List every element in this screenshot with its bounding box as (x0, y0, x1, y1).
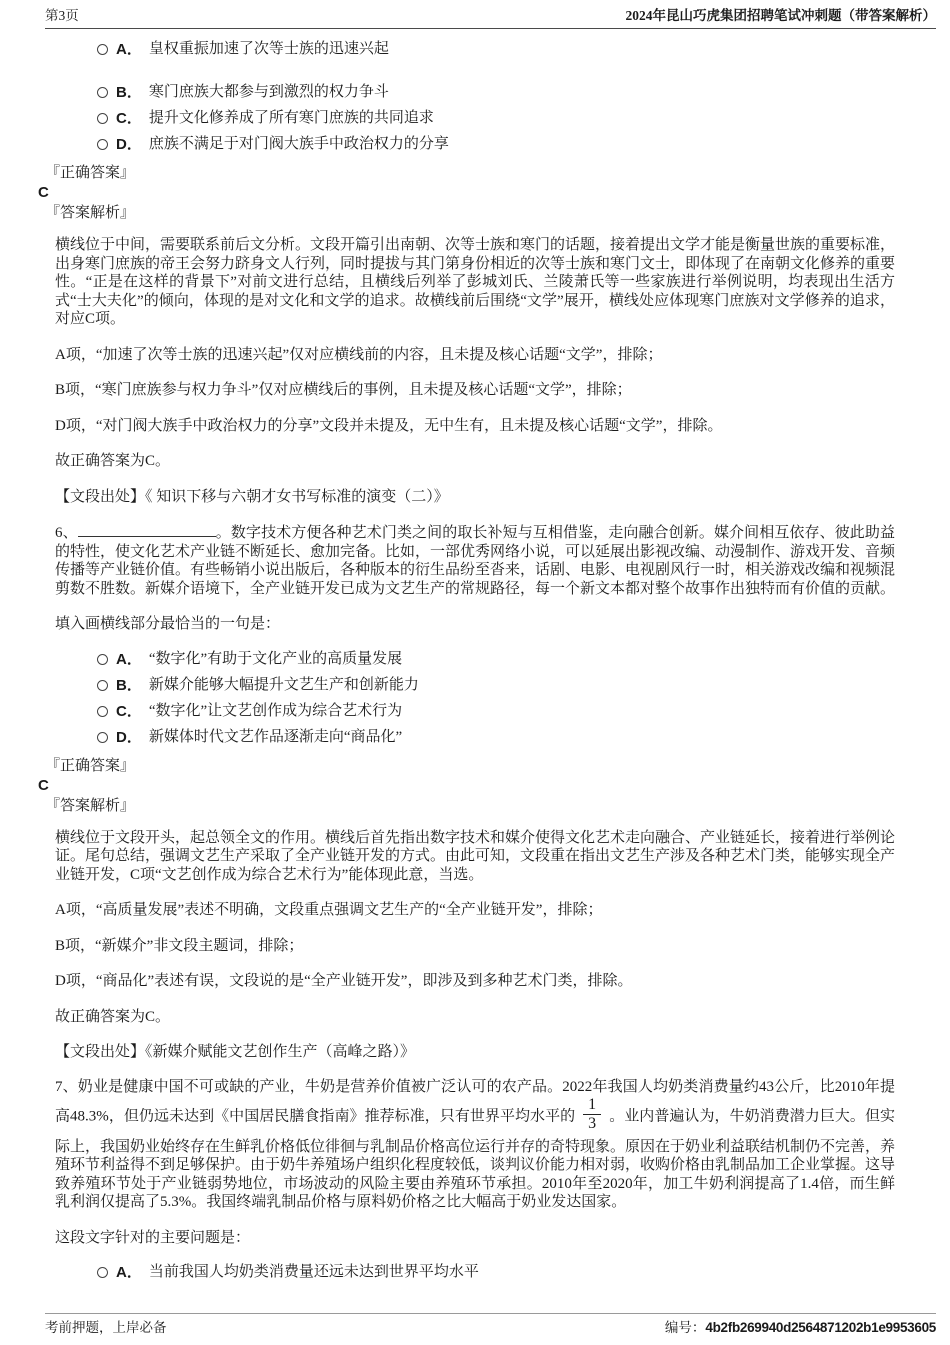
q7-prompt: 这段文字针对的主要问题是： (55, 1229, 895, 1248)
q6-correct-answer: C (38, 777, 895, 795)
option-text: 新媒介能够大幅提升文艺生产和创新能力 (149, 676, 419, 695)
q5-option-a[interactable]: A． 皇权重振加速了次等士族的迅速兴起 (97, 40, 895, 59)
q5-correct-answer: C (38, 184, 895, 202)
q5-correct-answer-heading: 『正确答案』 (45, 164, 895, 183)
q6-option-a[interactable]: A． “数字化”有助于文化产业的高质量发展 (97, 650, 895, 669)
option-text: 新媒体时代文艺作品逐渐走向“商品化” (149, 728, 402, 747)
q6-note-d: D项，“商品化”表述有误，文段说的是“全产业链开发”，即涉及到多种艺术门类，排除… (55, 972, 895, 991)
page-number: 第3页 (45, 8, 79, 23)
fraction-denominator: 3 (583, 1114, 601, 1133)
option-label: A． (116, 1263, 142, 1282)
q5-conclusion: 故正确答案为C。 (55, 452, 895, 471)
option-text: “数字化”让文艺创作成为综合艺术行为 (149, 702, 402, 721)
q6-analysis-paragraph: 横线位于文段开头，起总领全文的作用。横线后首先指出数字技术和媒介使得文化艺术走向… (55, 829, 895, 885)
radio-button-icon[interactable] (97, 680, 108, 691)
q6-analysis-heading: 『答案解析』 (45, 797, 895, 816)
option-text: “数字化”有助于文化产业的高质量发展 (149, 650, 402, 669)
q6-option-d[interactable]: D． 新媒体时代文艺作品逐渐走向“商品化” (97, 728, 895, 747)
blank-underline (78, 522, 216, 537)
option-text: 寒门庶族大都参与到激烈的权力争斗 (149, 83, 389, 102)
option-label: D． (116, 728, 142, 747)
q6-note-a: A项，“高质量发展”表述不明确，文段重点强调文艺生产的“全产业链开发”，排除； (55, 901, 895, 920)
option-label: D． (116, 135, 142, 154)
q5-note-d: D项，“对门阀大族手中政治权力的分享”文段并未提及，无中生有，且未提及核心话题“… (55, 417, 895, 436)
q6-options: A． “数字化”有助于文化产业的高质量发展 B． 新媒介能够大幅提升文艺生产和创… (55, 650, 895, 747)
option-text: 庶族不满足于对门阀大族手中政治权力的分享 (149, 135, 449, 154)
q5-analysis-paragraph: 横线位于中间，需要联系前后文分析。文段开篇引出南朝、次等士族和寒门的话题，接着提… (55, 236, 895, 329)
q6-note-b: B项，“新媒介”非文段主题词，排除； (55, 937, 895, 956)
radio-button-icon[interactable] (97, 139, 108, 150)
serial-label: 编号： (665, 1320, 706, 1335)
fraction-one-third: 13 (583, 1096, 601, 1134)
radio-button-icon[interactable] (97, 1267, 108, 1278)
option-label: B． (116, 83, 142, 102)
q6-conclusion: 故正确答案为C。 (55, 1008, 895, 1027)
q5-option-d[interactable]: D． 庶族不满足于对门阀大族手中政治权力的分享 (97, 135, 895, 154)
radio-button-icon[interactable] (97, 732, 108, 743)
q5-note-a: A项，“加速了次等士族的迅速兴起”仅对应横线前的内容，且未提及核心话题“文学”，… (55, 346, 895, 365)
option-text: 当前我国人均奶类消费量还远未达到世界平均水平 (149, 1263, 479, 1282)
q5-options: A． 皇权重振加速了次等士族的迅速兴起 B． 寒门庶族大都参与到激烈的权力争斗 … (55, 40, 895, 154)
document-title: 2024年昆山巧虎集团招聘笔试冲刺题（带答案解析） (626, 8, 937, 23)
option-text: 皇权重振加速了次等士族的迅速兴起 (149, 40, 389, 59)
radio-button-icon[interactable] (97, 87, 108, 98)
q7-option-a[interactable]: A． 当前我国人均奶类消费量还远未达到世界平均水平 (97, 1263, 895, 1282)
q6-correct-answer-heading: 『正确答案』 (45, 757, 895, 776)
option-label: A． (116, 650, 142, 669)
q7-options: A． 当前我国人均奶类消费量还远未达到世界平均水平 (55, 1263, 895, 1282)
option-label: C． (116, 702, 142, 721)
q6-option-c[interactable]: C． “数字化”让文艺创作成为综合艺术行为 (97, 702, 895, 721)
radio-button-icon[interactable] (97, 706, 108, 717)
q6-source: 【文段出处】《新媒介赋能文艺创作生产（高峰之路）》 (55, 1043, 895, 1062)
q6-option-b[interactable]: B． 新媒介能够大幅提升文艺生产和创新能力 (97, 676, 895, 695)
radio-button-icon[interactable] (97, 654, 108, 665)
page-header: 第3页 2024年昆山巧虎集团招聘笔试冲刺题（带答案解析） (45, 8, 936, 29)
radio-button-icon[interactable] (97, 113, 108, 124)
option-label: B． (116, 676, 142, 695)
page-footer: 考前押题，上岸必备 编号：4b2fb269940d2564871202b1e99… (45, 1313, 936, 1336)
q6-number: 6、 (55, 525, 78, 541)
option-text: 提升文化修养成了所有寒门庶族的共同追求 (149, 109, 434, 128)
q5-source: 【文段出处】《 知识下移与六朝才女书写标准的演变（二）》 (55, 488, 895, 507)
q6-prompt: 填入画横线部分最恰当的一句是： (55, 615, 895, 634)
option-label: A． (116, 40, 142, 59)
radio-button-icon[interactable] (97, 44, 108, 55)
q7-passage: 7、奶业是健康中国不可或缺的产业，牛奶是营养价值被广泛认可的农产品。2022年我… (55, 1078, 895, 1212)
q5-analysis-heading: 『答案解析』 (45, 204, 895, 223)
q5-option-c[interactable]: C． 提升文化修养成了所有寒门庶族的共同追求 (97, 109, 895, 128)
page-content: A． 皇权重振加速了次等士族的迅速兴起 B． 寒门庶族大都参与到激烈的权力争斗 … (55, 40, 895, 1289)
q6-passage: 6、。数字技术方便各种艺术门类之间的取长补短与互相借鉴，走向融合创新。媒介间相互… (55, 522, 895, 598)
q5-note-b: B项，“寒门庶族参与权力争斗”仅对应横线后的事例，且未提及核心话题“文学”，排除… (55, 381, 895, 400)
q7-number: 7、 (55, 1079, 78, 1095)
fraction-numerator: 1 (583, 1096, 601, 1114)
document-page: 第3页 2024年昆山巧虎集团招聘笔试冲刺题（带答案解析） A． 皇权重振加速了… (0, 0, 950, 1345)
footer-serial: 编号：4b2fb269940d2564871202b1e9953605 (665, 1320, 936, 1336)
option-label: C． (116, 109, 142, 128)
q5-option-b[interactable]: B． 寒门庶族大都参与到激烈的权力争斗 (97, 83, 895, 102)
footer-slogan: 考前押题，上岸必备 (45, 1320, 167, 1336)
serial-code: 4b2fb269940d2564871202b1e9953605 (705, 1320, 936, 1335)
